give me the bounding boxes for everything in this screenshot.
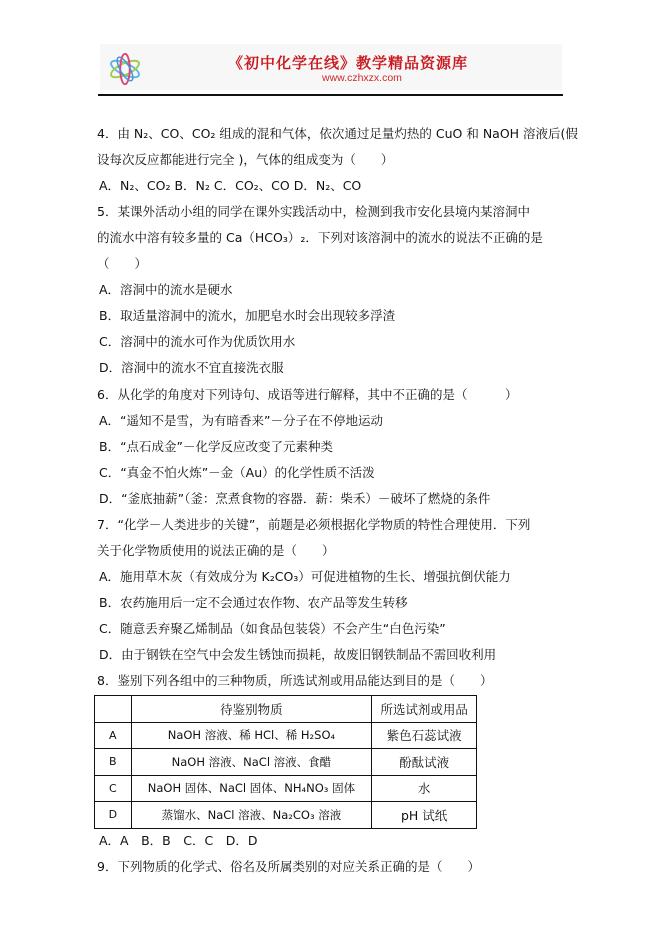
- q7-stem-line1: 7．“化学－人类进步的关键”，前题是必须根据化学物质的特性合理使用．下列: [97, 517, 530, 533]
- q8-options: A．A B．B C．C D．D: [99, 833, 257, 849]
- q6-option-b: B．“点石成金”－化学反应改变了元素种类: [99, 439, 333, 455]
- table-cell: 蒸馏水、NaCl 溶液、Na₂CO₃ 溶液: [131, 802, 372, 829]
- q5-stem-line1: 5．某课外活动小组的同学在课外实践活动中，检测到我市安化县境内某溶洞中: [97, 204, 530, 220]
- header-divider: [98, 94, 563, 96]
- table-cell: A: [95, 722, 132, 749]
- q4-stem-line2: 设每次反应都能进行完全 )，气体的组成变为（ ）: [97, 152, 393, 168]
- table-cell: 水: [372, 775, 477, 802]
- atom-logo-icon: [106, 50, 144, 88]
- q7-stem-line2: 关于化学物质使用的说法正确的是（ ）: [97, 543, 335, 559]
- q9-stem: 9．下列物质的化学式、俗名及所属类别的对应关系正确的是（ ）: [97, 859, 480, 875]
- q6-stem: 6．从化学的角度对下列诗句、成语等进行解释，其中不正确的是（ ）: [97, 387, 517, 403]
- table-cell: NaOH 溶液、NaCl 溶液、食醋: [131, 749, 372, 776]
- table-header-cell: 待鉴别物质: [131, 696, 372, 723]
- q4-stem-line1: 4．由 N₂、CO、CO₂ 组成的混和气体，依次通过足量灼热的 CuO 和 Na…: [97, 126, 578, 142]
- table-row: B NaOH 溶液、NaCl 溶液、食醋 酚酞试液: [95, 749, 477, 776]
- q6-option-d: D．“釜底抽薪”（釜：烹煮食物的容器．薪：柴禾）－破坏了燃烧的条件: [99, 491, 490, 507]
- table-header-cell: [95, 696, 132, 723]
- table-row: A NaOH 溶液、稀 HCl、稀 H₂SO₄ 紫色石蕊试液: [95, 722, 477, 749]
- table-cell: pH 试纸: [372, 802, 477, 829]
- table-row: C NaOH 固体、NaCl 固体、NH₄NO₃ 固体 水: [95, 775, 477, 802]
- q5-option-a: A．溶洞中的流水是硬水: [99, 282, 233, 298]
- q6-option-a: A．“遥知不是雪，为有暗香来”－分子在不停地运动: [99, 413, 383, 429]
- q7-option-b: B．农药施用后一定不会通过农作物、农产品等发生转移: [99, 595, 408, 611]
- header-banner: 《初中化学在线》教学精品资源库 www.czhxzx.com: [100, 44, 562, 90]
- q5-option-b: B．取适量溶洞中的流水，加肥皂水时会出现较多浮渣: [99, 308, 395, 324]
- q4-options: A．N₂、CO₂ B．N₂ C．CO₂、CO D．N₂、CO: [99, 178, 361, 194]
- q7-option-c: C．随意丢弃聚乙烯制品（如食品包装袋）不会产生“白色污染”: [99, 621, 446, 637]
- q5-stem-line2: 的流水中溶有较多量的 Ca（HCO₃）₂．下列对该溶洞中的流水的说法不正确的是: [97, 230, 543, 246]
- table-row: D 蒸馏水、NaCl 溶液、Na₂CO₃ 溶液 pH 试纸: [95, 802, 477, 829]
- q5-option-c: C．溶洞中的流水可作为优质饮用水: [99, 334, 295, 350]
- q7-option-a: A．施用草木灰（有效成分为 K₂CO₃）可促进植物的生长、增强抗倒伏能力: [99, 569, 511, 585]
- table-cell: D: [95, 802, 132, 829]
- q8-table: 待鉴别物质 所选试剂或用品 A NaOH 溶液、稀 HCl、稀 H₂SO₄ 紫色…: [94, 695, 477, 829]
- table-cell: NaOH 溶液、稀 HCl、稀 H₂SO₄: [131, 722, 372, 749]
- table-header-cell: 所选试剂或用品: [372, 696, 477, 723]
- q8-stem: 8．鉴别下列各组中的三种物质，所选试剂或用品能达到目的是（ ）: [97, 673, 492, 689]
- table-cell: 紫色石蕊试液: [372, 722, 477, 749]
- table-cell: B: [95, 749, 132, 776]
- q7-option-d: D．由于钢铁在空气中会发生锈蚀而损耗，故废旧钢铁制品不需回收利用: [99, 647, 496, 663]
- table-cell: NaOH 固体、NaCl 固体、NH₄NO₃ 固体: [131, 775, 372, 802]
- table-cell: 酚酞试液: [372, 749, 477, 776]
- table-cell: C: [95, 775, 132, 802]
- banner-title: 《初中化学在线》教学精品资源库: [228, 52, 468, 73]
- q6-option-c: C．“真金不怕火炼”－金（Au）的化学性质不活泼: [99, 465, 375, 481]
- q5-stem-line3: （ ）: [97, 256, 147, 272]
- q5-option-d: D．溶洞中的流水不宜直接洗衣服: [99, 360, 284, 376]
- table-header-row: 待鉴别物质 所选试剂或用品: [95, 696, 477, 723]
- banner-url: www.czhxzx.com: [322, 72, 402, 84]
